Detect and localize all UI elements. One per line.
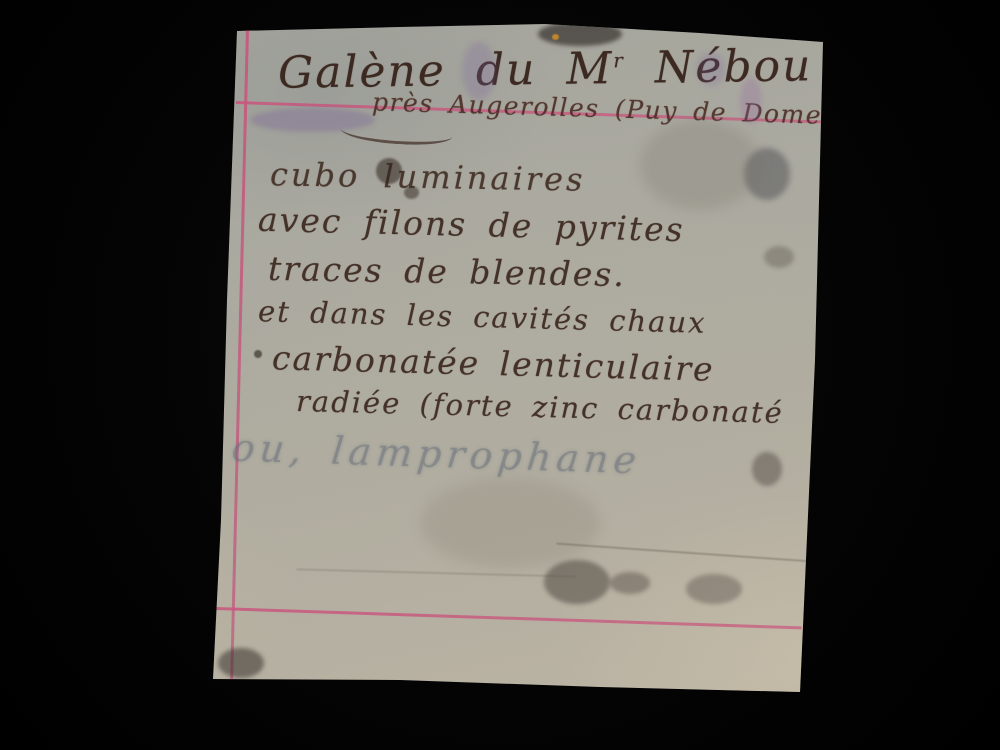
body-line-5: carbonatée lenticulaire	[272, 338, 716, 389]
ink-blot	[376, 158, 402, 184]
dirt-cluster	[686, 574, 742, 604]
body-line-1: cubo luminaires	[270, 155, 586, 198]
dirt-spot	[764, 246, 794, 268]
margin-rule-vertical	[230, 29, 249, 687]
body-line-6: radiée (forte zinc carbonaté	[296, 384, 785, 430]
title-line: Galène du Mr Nébou	[278, 40, 813, 98]
purple-smudge	[740, 78, 762, 124]
faded-mottle	[420, 478, 600, 568]
rule-line-bottom	[216, 607, 802, 629]
faded-mottle	[640, 120, 760, 210]
scratch-line	[556, 543, 825, 564]
title-superscript: r	[613, 49, 625, 72]
dirt-spot	[254, 350, 262, 358]
body-line-3: traces de blendes.	[268, 249, 626, 294]
purple-smudge	[462, 42, 496, 100]
paper-stain	[552, 34, 559, 40]
specimen-label-card: Galène du Mr Nébou près Augerolles (Puy …	[0, 0, 1000, 750]
photo-background: Galène du Mr Nébou près Augerolles (Puy …	[0, 0, 1000, 750]
dirt-cluster	[610, 572, 650, 594]
body-line-2: avec filons de pyrites	[258, 200, 685, 249]
purple-smudge	[696, 52, 726, 86]
ink-blot	[404, 186, 419, 199]
dirt-cluster	[544, 560, 610, 604]
purple-stamp-smear	[250, 108, 375, 132]
pencil-note-line: ou, lamprophane	[230, 426, 643, 483]
body-line-4: et dans les cavités chaux	[258, 294, 707, 340]
corner-stain	[218, 648, 264, 678]
paper-stain	[538, 22, 622, 46]
dirt-spot	[752, 452, 782, 486]
scratch-line	[296, 568, 576, 577]
